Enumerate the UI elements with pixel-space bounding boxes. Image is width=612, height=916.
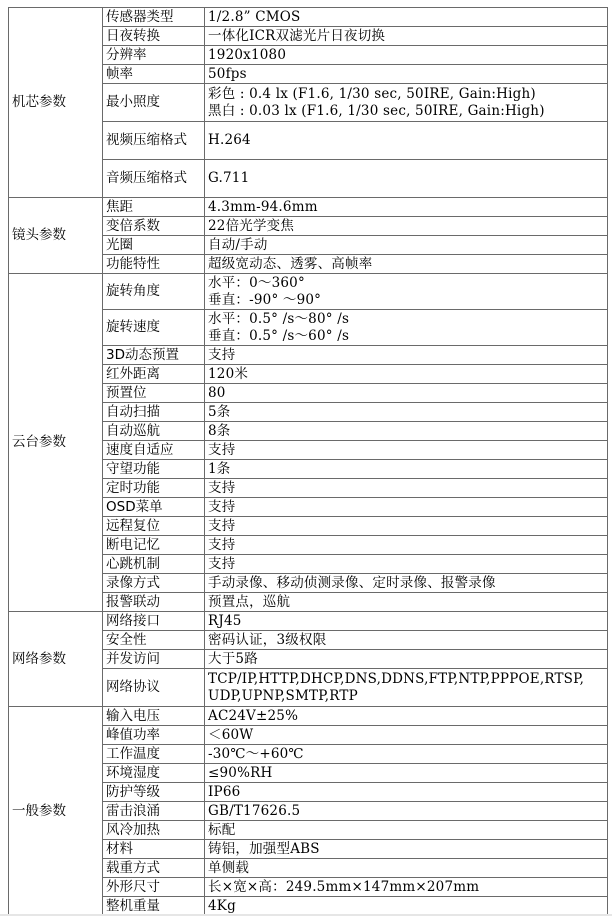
spec-value: -30℃～+60℃ [205,745,608,764]
spec-value: 支持 [205,517,608,536]
spec-value: IP66 [205,783,608,802]
spec-value: RJ45 [205,612,608,631]
spec-value: 50fps [205,65,608,84]
spec-value: 预置点，巡航 [205,593,608,612]
spec-label: 自动巡航 [103,422,205,441]
spec-value-line: 22倍光学变焦 [208,218,605,235]
spec-label: 变倍系数 [103,217,205,236]
spec-value: 4.3mm-94.6mm [205,198,608,217]
category-label: 机芯参数 [9,8,103,198]
spec-label: 防护等级 [103,783,205,802]
spec-value-line: 水平：0～360° [208,275,605,292]
spec-label: 外形尺寸 [103,878,205,897]
spec-label: 焦距 [103,198,205,217]
spec-label: 3D动态预置 [103,346,205,365]
spec-value-line: 120米 [208,366,605,383]
spec-row: 云台参数旋转角度水平：0～360°垂直：-90° ～90° [9,274,608,310]
spec-label: 预置位 [103,384,205,403]
spec-value: 支持 [205,536,608,555]
spec-value-line: UDP,UPNP,SMTP,RTP [208,688,605,705]
spec-label: 光圈 [103,236,205,255]
spec-row: 网络参数网络接口RJ45 [9,612,608,631]
spec-value-line: 支持 [208,518,605,535]
spec-value-line: H.264 [208,132,605,149]
spec-value-line: 垂直：0.5° /s～60° /s [208,328,605,345]
spec-label: 红外距离 [103,365,205,384]
spec-value-line: 垂直：-90° ～90° [208,292,605,309]
category-label: 云台参数 [9,274,103,612]
spec-label: 音频压缩格式 [103,160,205,198]
category-label: 网络参数 [9,612,103,707]
spec-label: 传感器类型 [103,8,205,27]
spec-label: 风冷加热 [103,821,205,840]
spec-value: 自动/手动 [205,236,608,255]
spec-value-line: 长×宽×高：249.5mm×147mm×207mm [208,879,605,896]
spec-label: 并发访问 [103,650,205,669]
spec-value: 22倍光学变焦 [205,217,608,236]
spec-value-line: AC24V±25% [208,708,605,725]
spec-value-line: 1920x1080 [208,47,605,64]
spec-value-line: 自动/手动 [208,237,605,254]
spec-value: 超级宽动态、透雾、高帧率 [205,255,608,274]
spec-table-body: 机芯参数传感器类型1/2.8” CMOS日夜转换一体化ICR双滤光片日夜切换分辨… [9,8,608,916]
spec-row: 镜头参数焦距4.3mm-94.6mm [9,198,608,217]
spec-value-line: 标配 [208,822,605,839]
spec-label: 心跳机制 [103,555,205,574]
spec-value-line: 50fps [208,66,605,83]
spec-value: 支持 [205,479,608,498]
spec-value-line: 8条 [208,423,605,440]
spec-value-line: 支持 [208,347,605,364]
spec-label: 旋转速度 [103,310,205,346]
category-label: 镜头参数 [9,198,103,274]
spec-value: 水平：0～360°垂直：-90° ～90° [205,274,608,310]
spec-row: 一般参数输入电压AC24V±25% [9,707,608,726]
spec-value: 120米 [205,365,608,384]
spec-value-line: 水平：0.5° /s～80° /s [208,311,605,328]
spec-value-line: 4Kg [208,898,605,915]
spec-value-line: 80 [208,385,605,402]
spec-value-line: 彩色 : 0.4 lx (F1.6, 1/30 sec, 50IRE, Gain… [208,86,605,103]
spec-label: 录像方式 [103,574,205,593]
spec-value-line: 支持 [208,480,605,497]
spec-value: 铸铝，加强型ABS [205,840,608,859]
spec-value-line: 支持 [208,442,605,459]
spec-value: 1条 [205,460,608,479]
spec-label: 守望功能 [103,460,205,479]
spec-value: 一体化ICR双滤光片日夜切换 [205,27,608,46]
spec-value: 单侧载 [205,859,608,878]
spec-label: 自动扫描 [103,403,205,422]
spec-value: 4Kg [205,897,608,916]
spec-label: 报警联动 [103,593,205,612]
spec-label: 雷击浪涌 [103,802,205,821]
spec-value-line: ＜60W [208,727,605,744]
spec-value: 支持 [205,441,608,460]
spec-value-line: 单侧载 [208,860,605,877]
spec-label: 帧率 [103,65,205,84]
spec-label: 载重方式 [103,859,205,878]
spec-label: 速度自适应 [103,441,205,460]
spec-value-line: 1/2.8” CMOS [208,9,605,26]
spec-value-line: 黑白 : 0.03 lx (F1.6, 1/30 sec, 50IRE, Gai… [208,103,605,120]
spec-value-line: 一体化ICR双滤光片日夜切换 [208,28,605,45]
spec-value: ＜60W [205,726,608,745]
spec-label: 定时功能 [103,479,205,498]
spec-value: 水平：0.5° /s～80° /s垂直：0.5° /s～60° /s [205,310,608,346]
spec-value-line: 支持 [208,499,605,516]
spec-value-line: 密码认证，3级权限 [208,632,605,649]
spec-value: 1920x1080 [205,46,608,65]
spec-value: G.711 [205,160,608,198]
spec-value-line: 4.3mm-94.6mm [208,199,605,216]
spec-value-line: RJ45 [208,613,605,630]
spec-value: 支持 [205,498,608,517]
spec-value-line: 超级宽动态、透雾、高帧率 [208,256,605,273]
spec-value: 标配 [205,821,608,840]
spec-value-line: G.711 [208,170,605,187]
spec-label: 整机重量 [103,897,205,916]
spec-row: 机芯参数传感器类型1/2.8” CMOS [9,8,608,27]
spec-value: AC24V±25% [205,707,608,726]
spec-label: 日夜转换 [103,27,205,46]
spec-label: 断电记忆 [103,536,205,555]
spec-value: 大于5路 [205,650,608,669]
spec-label: 远程复位 [103,517,205,536]
spec-value-line: ≤90%RH [208,765,605,782]
spec-label: 网络协议 [103,669,205,707]
spec-value: 支持 [205,346,608,365]
spec-label: 安全性 [103,631,205,650]
spec-label: 网络接口 [103,612,205,631]
spec-value: TCP/IP,HTTP,DHCP,DNS,DDNS,FTP,NTP,PPPOE,… [205,669,608,707]
spec-value: ≤90%RH [205,764,608,783]
spec-value: 手动录像、移动侦测录像、定时录像、报警录像 [205,574,608,593]
spec-value: 密码认证，3级权限 [205,631,608,650]
spec-value: GB/T17626.5 [205,802,608,821]
spec-value-line: 大于5路 [208,651,605,668]
spec-label: 最小照度 [103,84,205,122]
spec-value-line: 预置点，巡航 [208,594,605,611]
spec-value: 1/2.8” CMOS [205,8,608,27]
spec-table: 机芯参数传感器类型1/2.8” CMOS日夜转换一体化ICR双滤光片日夜切换分辨… [8,7,608,916]
category-label: 一般参数 [9,707,103,916]
spec-label: 分辨率 [103,46,205,65]
spec-value-line: TCP/IP,HTTP,DHCP,DNS,DDNS,FTP,NTP,PPPOE,… [208,671,605,688]
spec-label: 输入电压 [103,707,205,726]
spec-label: 功能特性 [103,255,205,274]
spec-value-line: 铸铝，加强型ABS [208,841,605,858]
spec-value-line: 手动录像、移动侦测录像、定时录像、报警录像 [208,575,605,592]
spec-label: 材料 [103,840,205,859]
spec-value-line: 1条 [208,461,605,478]
spec-value: 8条 [205,422,608,441]
spec-value: H.264 [205,122,608,160]
spec-value: 5条 [205,403,608,422]
spec-label: 峰值功率 [103,726,205,745]
spec-label: 环境湿度 [103,764,205,783]
spec-label: 工作温度 [103,745,205,764]
spec-value-line: -30℃～+60℃ [208,746,605,763]
spec-label: OSD菜单 [103,498,205,517]
spec-label: 视频压缩格式 [103,122,205,160]
spec-label: 旋转角度 [103,274,205,310]
spec-value-line: 支持 [208,537,605,554]
spec-value-line: 5条 [208,404,605,421]
spec-value: 彩色 : 0.4 lx (F1.6, 1/30 sec, 50IRE, Gain… [205,84,608,122]
spec-value-line: 支持 [208,556,605,573]
spec-value-line: GB/T17626.5 [208,803,605,820]
spec-value: 80 [205,384,608,403]
spec-value: 支持 [205,555,608,574]
spec-value-line: IP66 [208,784,605,801]
spec-value: 长×宽×高：249.5mm×147mm×207mm [205,878,608,897]
